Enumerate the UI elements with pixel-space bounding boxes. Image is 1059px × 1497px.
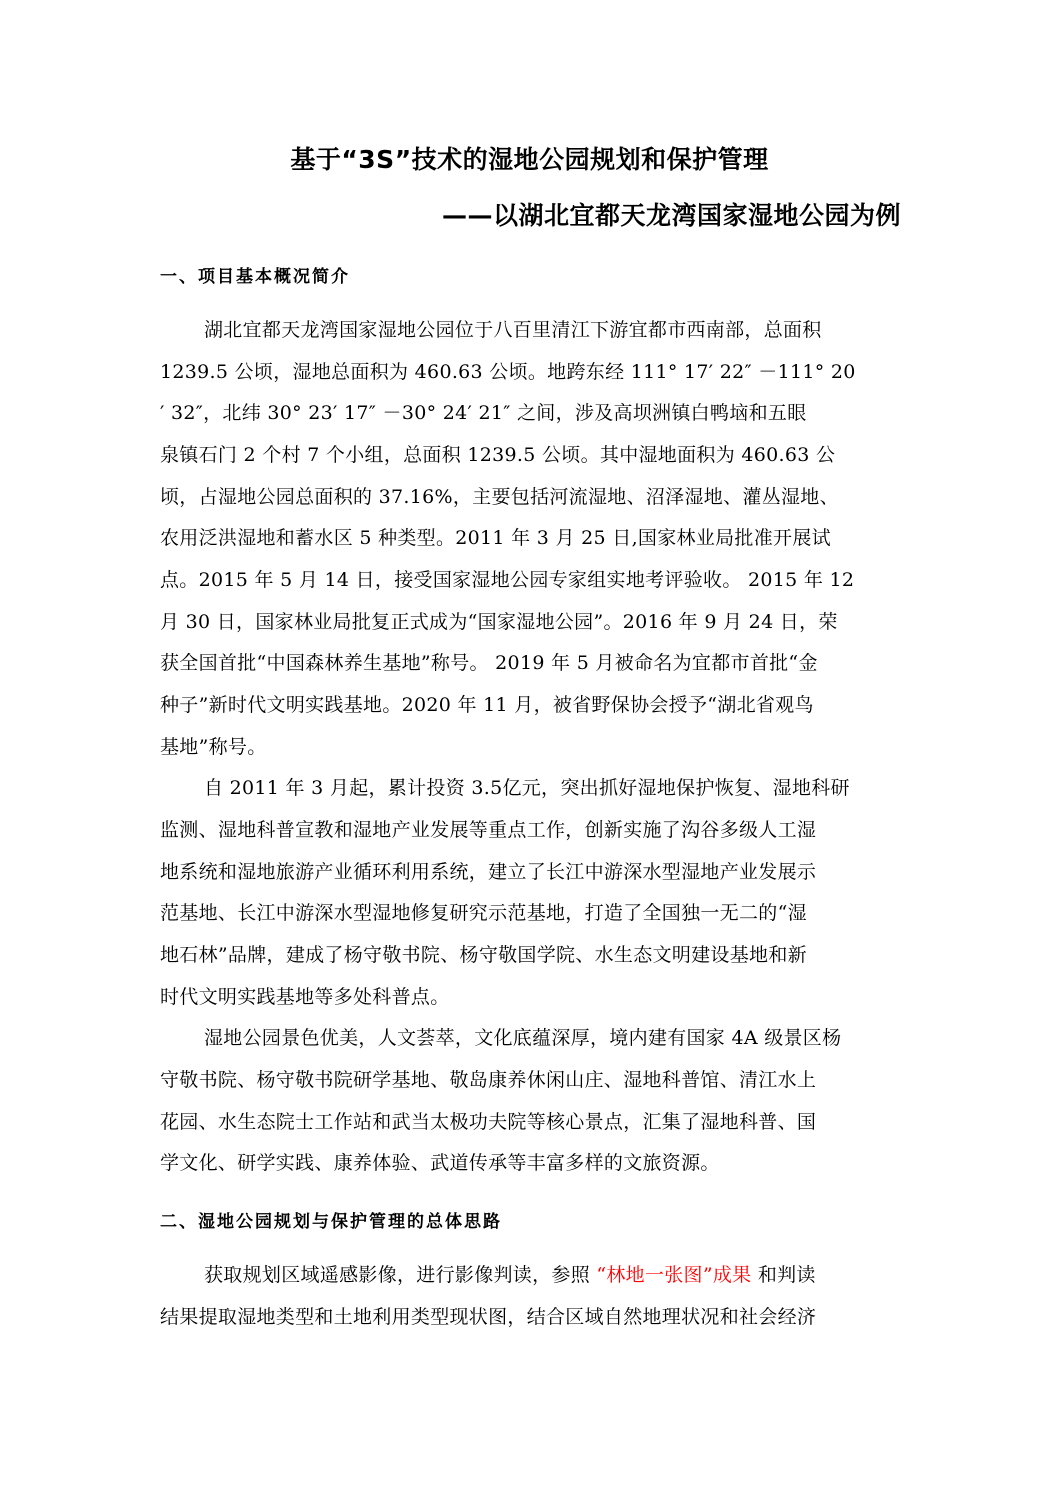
paragraph-line: 基地”称号。 (160, 735, 900, 759)
section-heading-1: 一、项目基本概况简介 (160, 262, 350, 287)
document-subtitle: ——以湖北宜都天龙湾国家湿地公园为例 (442, 196, 901, 232)
paragraph-line: 湖北宜都天龙湾国家湿地公园位于八百里清江下游宜都市西南部，总面积 (160, 318, 944, 342)
paragraph-line: 农用泛洪湿地和蓄水区 5 种类型。2011 年 3 月 25 日,国家林业局批准… (160, 526, 900, 550)
section-heading-2: 二、湿地公园规划与保护管理的总体思路 (160, 1207, 502, 1232)
text-segment: 和判读 (751, 1264, 815, 1286)
paragraph-line: 学文化、研学实践、康养体验、武道传承等丰富多样的文旅资源。 (160, 1151, 900, 1175)
paragraph-line: ′ 32″，北纬 30° 23′ 17″ －30° 24′ 21″ 之间，涉及高… (160, 401, 900, 425)
paragraph-line: 泉镇石门 2 个村 7 个小组，总面积 1239.5 公顷。其中湿地面积为 46… (160, 443, 900, 467)
paragraph-line: 自 2011 年 3 月起，累计投资 3.5亿元，突出抓好湿地保护恢复、湿地科研 (160, 776, 944, 800)
document-title: 基于“3S”技术的湿地公园规划和保护管理 (0, 140, 1059, 176)
text-segment: 获取规划区域遥感影像，进行影像判读，参照 (204, 1264, 596, 1286)
paragraph-line: 湿地公园景色优美，人文荟萃，文化底蕴深厚，境内建有国家 4A 级景区杨 (160, 1026, 944, 1050)
paragraph-line: 结果提取湿地类型和土地利用类型现状图，结合区域自然地理状况和社会经济 (160, 1305, 900, 1329)
paragraph-line: 种子”新时代文明实践基地。2020 年 11 月，被省野保协会授予“湖北省观鸟 (160, 693, 900, 717)
paragraph-line: 获全国首批“中国森林养生基地”称号。 2019 年 5 月被命名为宜都市首批“金 (160, 651, 900, 675)
paragraph-line: 守敬书院、杨守敬书院研学基地、敬岛康养休闲山庄、湿地科普馆、清江水上 (160, 1068, 900, 1092)
paragraph-line: 点。2015 年 5 月 14 日，接受国家湿地公园专家组实地考评验收。 201… (160, 568, 900, 592)
paragraph-line: 1239.5 公顷，湿地总面积为 460.63 公顷。地跨东经 111° 17′… (160, 360, 900, 384)
paragraph-line: 时代文明实践基地等多处科普点。 (160, 985, 900, 1009)
paragraph-line: 范基地、长江中游深水型湿地修复研究示范基地，打造了全国独一无二的“湿 (160, 901, 900, 925)
paragraph-line: 获取规划区域遥感影像，进行影像判读，参照 “林地一张图”成果 和判读 (160, 1263, 944, 1287)
paragraph-line: 监测、湿地科普宣教和湿地产业发展等重点工作，创新实施了沟谷多级人工湿 (160, 818, 900, 842)
paragraph-line: 顷，占湿地公园总面积的 37.16%，主要包括河流湿地、沼泽湿地、灌丛湿地、 (160, 485, 900, 509)
paragraph-line: 地系统和湿地旅游产业循环利用系统，建立了长江中游深水型湿地产业发展示 (160, 860, 900, 884)
highlighted-text: “林地一张图”成果 (596, 1264, 751, 1286)
paragraph-line: 月 30 日，国家林业局批复正式成为“国家湿地公园”。2016 年 9 月 24… (160, 610, 900, 634)
paragraph-line: 花园、水生态院士工作站和武当太极功夫院等核心景点，汇集了湿地科普、国 (160, 1110, 900, 1134)
paragraph-line: 地石林”品牌，建成了杨守敬书院、杨守敬国学院、水生态文明建设基地和新 (160, 943, 900, 967)
